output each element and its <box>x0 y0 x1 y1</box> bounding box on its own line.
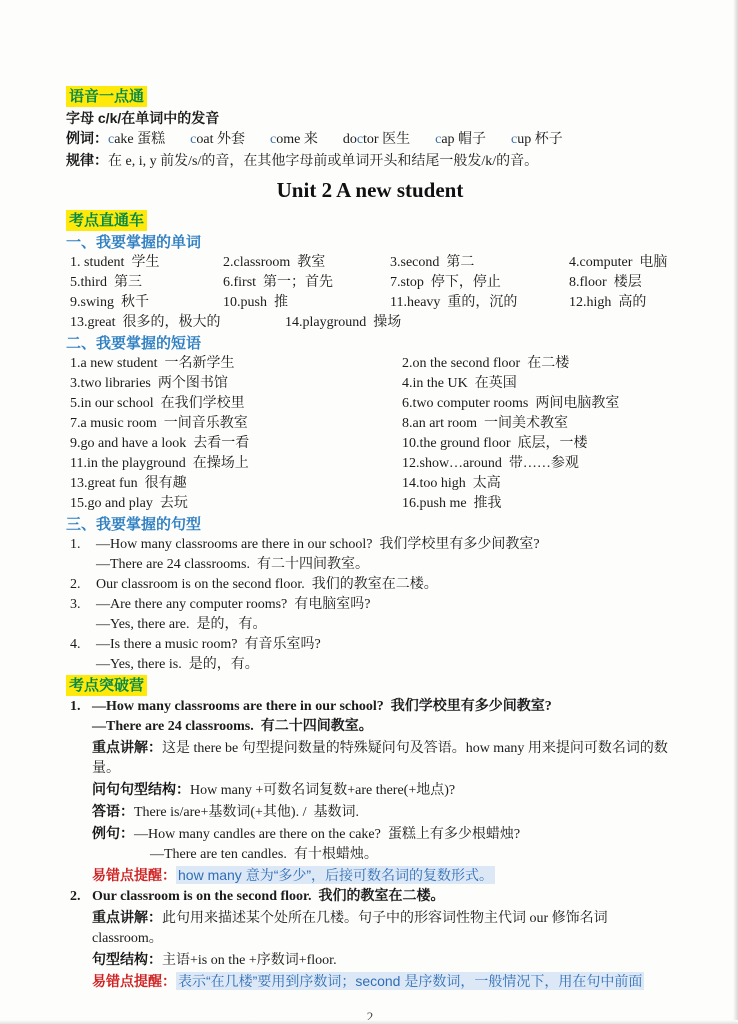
phrase-item: 14.too high 太高 <box>402 474 674 494</box>
phrase-item: 1.a new student 一名新学生 <box>70 354 402 374</box>
unit-title: Unit 2 A new student <box>66 177 674 203</box>
scan-edge-right <box>733 0 738 1024</box>
sentence-number: 4. <box>70 635 96 675</box>
warning-highlight: how many 意为“多少”，后接可数名词的复数形式。 <box>176 866 495 884</box>
example-line: 例句：—How many candles are there on the ca… <box>92 823 674 845</box>
rule-text: 在 e, i, y 前发/s/的音，在其他字母前或单词开头和结尾一般发/k/的音… <box>108 154 538 169</box>
sentence-item: 2. Our classroom is on the second floor.… <box>66 575 674 595</box>
breakthrough-section: 考点突破营 1. —How many classrooms are there … <box>66 675 674 993</box>
phrase-item: 10.the ground floor 底层，一楼 <box>402 434 674 454</box>
phrases-grid: 1.a new student 一名新学生 2.on the second fl… <box>66 354 674 514</box>
breakthrough-sentence: 1. —How many classrooms are there in our… <box>66 697 674 737</box>
phrase-item: 9.go and have a look 去看一看 <box>70 434 402 454</box>
word-item: 13.great 很多的，极大的 <box>70 313 285 333</box>
phonics-word: cake 蛋糕 <box>108 132 165 147</box>
phonics-word: come 来 <box>270 132 318 147</box>
phonics-badge-row: 语音一点通 <box>66 86 674 108</box>
warning-line: 易错点提醒：表示“在几楼”要用到序数词；second 是序数词，一般情况下，用在… <box>92 971 674 993</box>
phrases-heading: 二、我要掌握的短语 <box>66 333 674 354</box>
breakthrough-number: 1. <box>70 697 92 737</box>
phrase-item: 16.push me 推我 <box>402 494 674 514</box>
sentence-line: —Yes, there is. 是的，有。 <box>96 655 674 675</box>
question-structure-line: 问句句型结构：How many +可数名词复数+are there(+地点)? <box>92 779 674 801</box>
sentences-list: 1. —How many classrooms are there in our… <box>66 535 674 675</box>
rule-label: 规律： <box>66 152 108 168</box>
sentence-number: 1. <box>70 535 96 575</box>
phrase-item: 7.a music room 一间音乐教室 <box>70 414 402 434</box>
sentence-line: —Yes, there are. 是的，有。 <box>96 615 674 635</box>
words-heading: 一、我要掌握的单词 <box>66 232 674 253</box>
phrase-item: 3.two libraries 两个图书馆 <box>70 374 402 394</box>
example-line-2: —There are ten candles. 有十根蜡烛。 <box>92 845 674 865</box>
explain-line: 重点讲解：此句用来描述某个处所在几楼。句子中的形容词性物主代词 our 修饰名词… <box>92 907 674 949</box>
word-item: 4.computer 电脑 <box>569 253 674 273</box>
word-item: 9.swing 秋千 <box>70 293 223 313</box>
word-item: 5.third 第三 <box>70 273 223 293</box>
word-item: 8.floor 楼层 <box>569 273 674 293</box>
phrase-item: 15.go and play 去玩 <box>70 494 402 514</box>
example-label: 例句： <box>92 825 134 841</box>
breakthrough-sentence-line: —How many classrooms are there in our sc… <box>92 697 674 717</box>
sentences-heading: 三、我要掌握的句型 <box>66 514 674 535</box>
word-item: 6.first 第一；首先 <box>223 273 390 293</box>
sentence-line: —How many classrooms are there in our sc… <box>96 535 674 555</box>
phrase-item: 2.on the second floor 在二楼 <box>402 354 674 374</box>
phonics-badge: 语音一点通 <box>66 86 147 107</box>
phonics-word: cap 帽子 <box>435 132 486 147</box>
word-item: 14.playground 操场 <box>285 313 401 333</box>
explain-line: 重点讲解：这是 there be 句型提问数量的特殊疑问句及答语。how man… <box>92 737 674 779</box>
breakthrough-item: 2. Our classroom is on the second floor.… <box>66 887 674 993</box>
phonics-example-words-line: 例词：cake 蛋糕coat 外套come 来doctor 医生cap 帽子cu… <box>66 128 674 150</box>
sentence-item: 1. —How many classrooms are there in our… <box>66 535 674 575</box>
phrase-item: 6.two computer rooms 两间电脑教室 <box>402 394 674 414</box>
sentence-line: —Is there a music room? 有音乐室吗? <box>96 635 674 655</box>
phonics-word: cup 杯子 <box>511 132 563 147</box>
phonics-subtitle: 字母 c/k/在单词中的发音 <box>66 108 674 128</box>
word-item: 10.push 推 <box>223 293 390 313</box>
word-item: 7.stop 停下，停止 <box>390 273 569 293</box>
phonics-rule-line: 规律：在 e, i, y 前发/s/的音，在其他字母前或单词开头和结尾一般发/k… <box>66 150 674 172</box>
keypoints-badge-row: 考点直通车 <box>66 210 674 232</box>
sentence-item: 3. —Are there any computer rooms? 有电脑室吗?… <box>66 595 674 635</box>
phonics-word: doctor 医生 <box>343 132 410 147</box>
breakthrough-item: 1. —How many classrooms are there in our… <box>66 697 674 887</box>
phonics-word: coat 外套 <box>190 132 245 147</box>
phrase-item: 8.an art room 一间美术教室 <box>402 414 674 434</box>
word-item: 3.second 第二 <box>390 253 569 273</box>
phonics-section: 语音一点通 字母 c/k/在单词中的发音 例词：cake 蛋糕coat 外套co… <box>66 86 674 172</box>
word-item: 12.high 高的 <box>569 293 674 313</box>
word-item: 1. student 学生 <box>70 253 223 273</box>
document-page: 语音一点通 字母 c/k/在单词中的发音 例词：cake 蛋糕coat 外套co… <box>0 0 738 1024</box>
word-item: 2.classroom 教室 <box>223 253 390 273</box>
sentence-line: Our classroom is on the second floor. 我们… <box>96 575 674 595</box>
breakthrough-badge-row: 考点突破营 <box>66 675 674 697</box>
answer-line: 答语：There is/are+基数词(+其他). / 基数词. <box>92 801 674 823</box>
warning-label: 易错点提醒： <box>92 867 176 883</box>
breakthrough-sentence-line: —There are 24 classrooms. 有二十四间教室。 <box>92 717 674 737</box>
words-grid-last-row: 13.great 很多的，极大的 14.playground 操场 <box>66 313 674 333</box>
sentence-line: —Are there any computer rooms? 有电脑室吗? <box>96 595 674 615</box>
breakthrough-sentence: 2. Our classroom is on the second floor.… <box>66 887 674 907</box>
structure-line: 句型结构：主语+is on the +序数词+floor. <box>92 949 674 971</box>
breakthrough-badge: 考点突破营 <box>66 675 147 696</box>
sentence-item: 4. —Is there a music room? 有音乐室吗? —Yes, … <box>66 635 674 675</box>
scan-edge-bottom <box>0 1020 738 1024</box>
phrase-item: 4.in the UK 在英国 <box>402 374 674 394</box>
words-grid: 1. student 学生 2.classroom 教室 3.second 第二… <box>66 253 674 313</box>
keypoints-badge: 考点直通车 <box>66 210 147 231</box>
phrase-item: 13.great fun 很有趣 <box>70 474 402 494</box>
sentence-number: 2. <box>70 575 96 595</box>
question-structure-label: 问句句型结构： <box>92 781 190 797</box>
warning-highlight: 表示“在几楼”要用到序数词；second 是序数词，一般情况下，用在句中前面 <box>176 972 644 990</box>
breakthrough-sentence-line: Our classroom is on the second floor. 我们… <box>92 887 674 907</box>
keypoints-section: 考点直通车 一、我要掌握的单词 1. student 学生 2.classroo… <box>66 210 674 675</box>
answer-label: 答语： <box>92 803 134 819</box>
warning-line: 易错点提醒：how many 意为“多少”，后接可数名词的复数形式。 <box>92 865 674 887</box>
example-words-label: 例词： <box>66 130 108 146</box>
sentence-number: 3. <box>70 595 96 635</box>
sentence-line: —There are 24 classrooms. 有二十四间教室。 <box>96 555 674 575</box>
explain-label: 重点讲解： <box>92 909 162 925</box>
breakthrough-number: 2. <box>70 887 92 907</box>
phrase-item: 12.show…around 带……参观 <box>402 454 674 474</box>
explain-label: 重点讲解： <box>92 739 162 755</box>
phrase-item: 11.in the playground 在操场上 <box>70 454 402 474</box>
phrase-item: 5.in our school 在我们学校里 <box>70 394 402 414</box>
word-item: 11.heavy 重的，沉的 <box>390 293 569 313</box>
structure-label: 句型结构： <box>92 951 162 967</box>
warning-label: 易错点提醒： <box>92 973 176 989</box>
